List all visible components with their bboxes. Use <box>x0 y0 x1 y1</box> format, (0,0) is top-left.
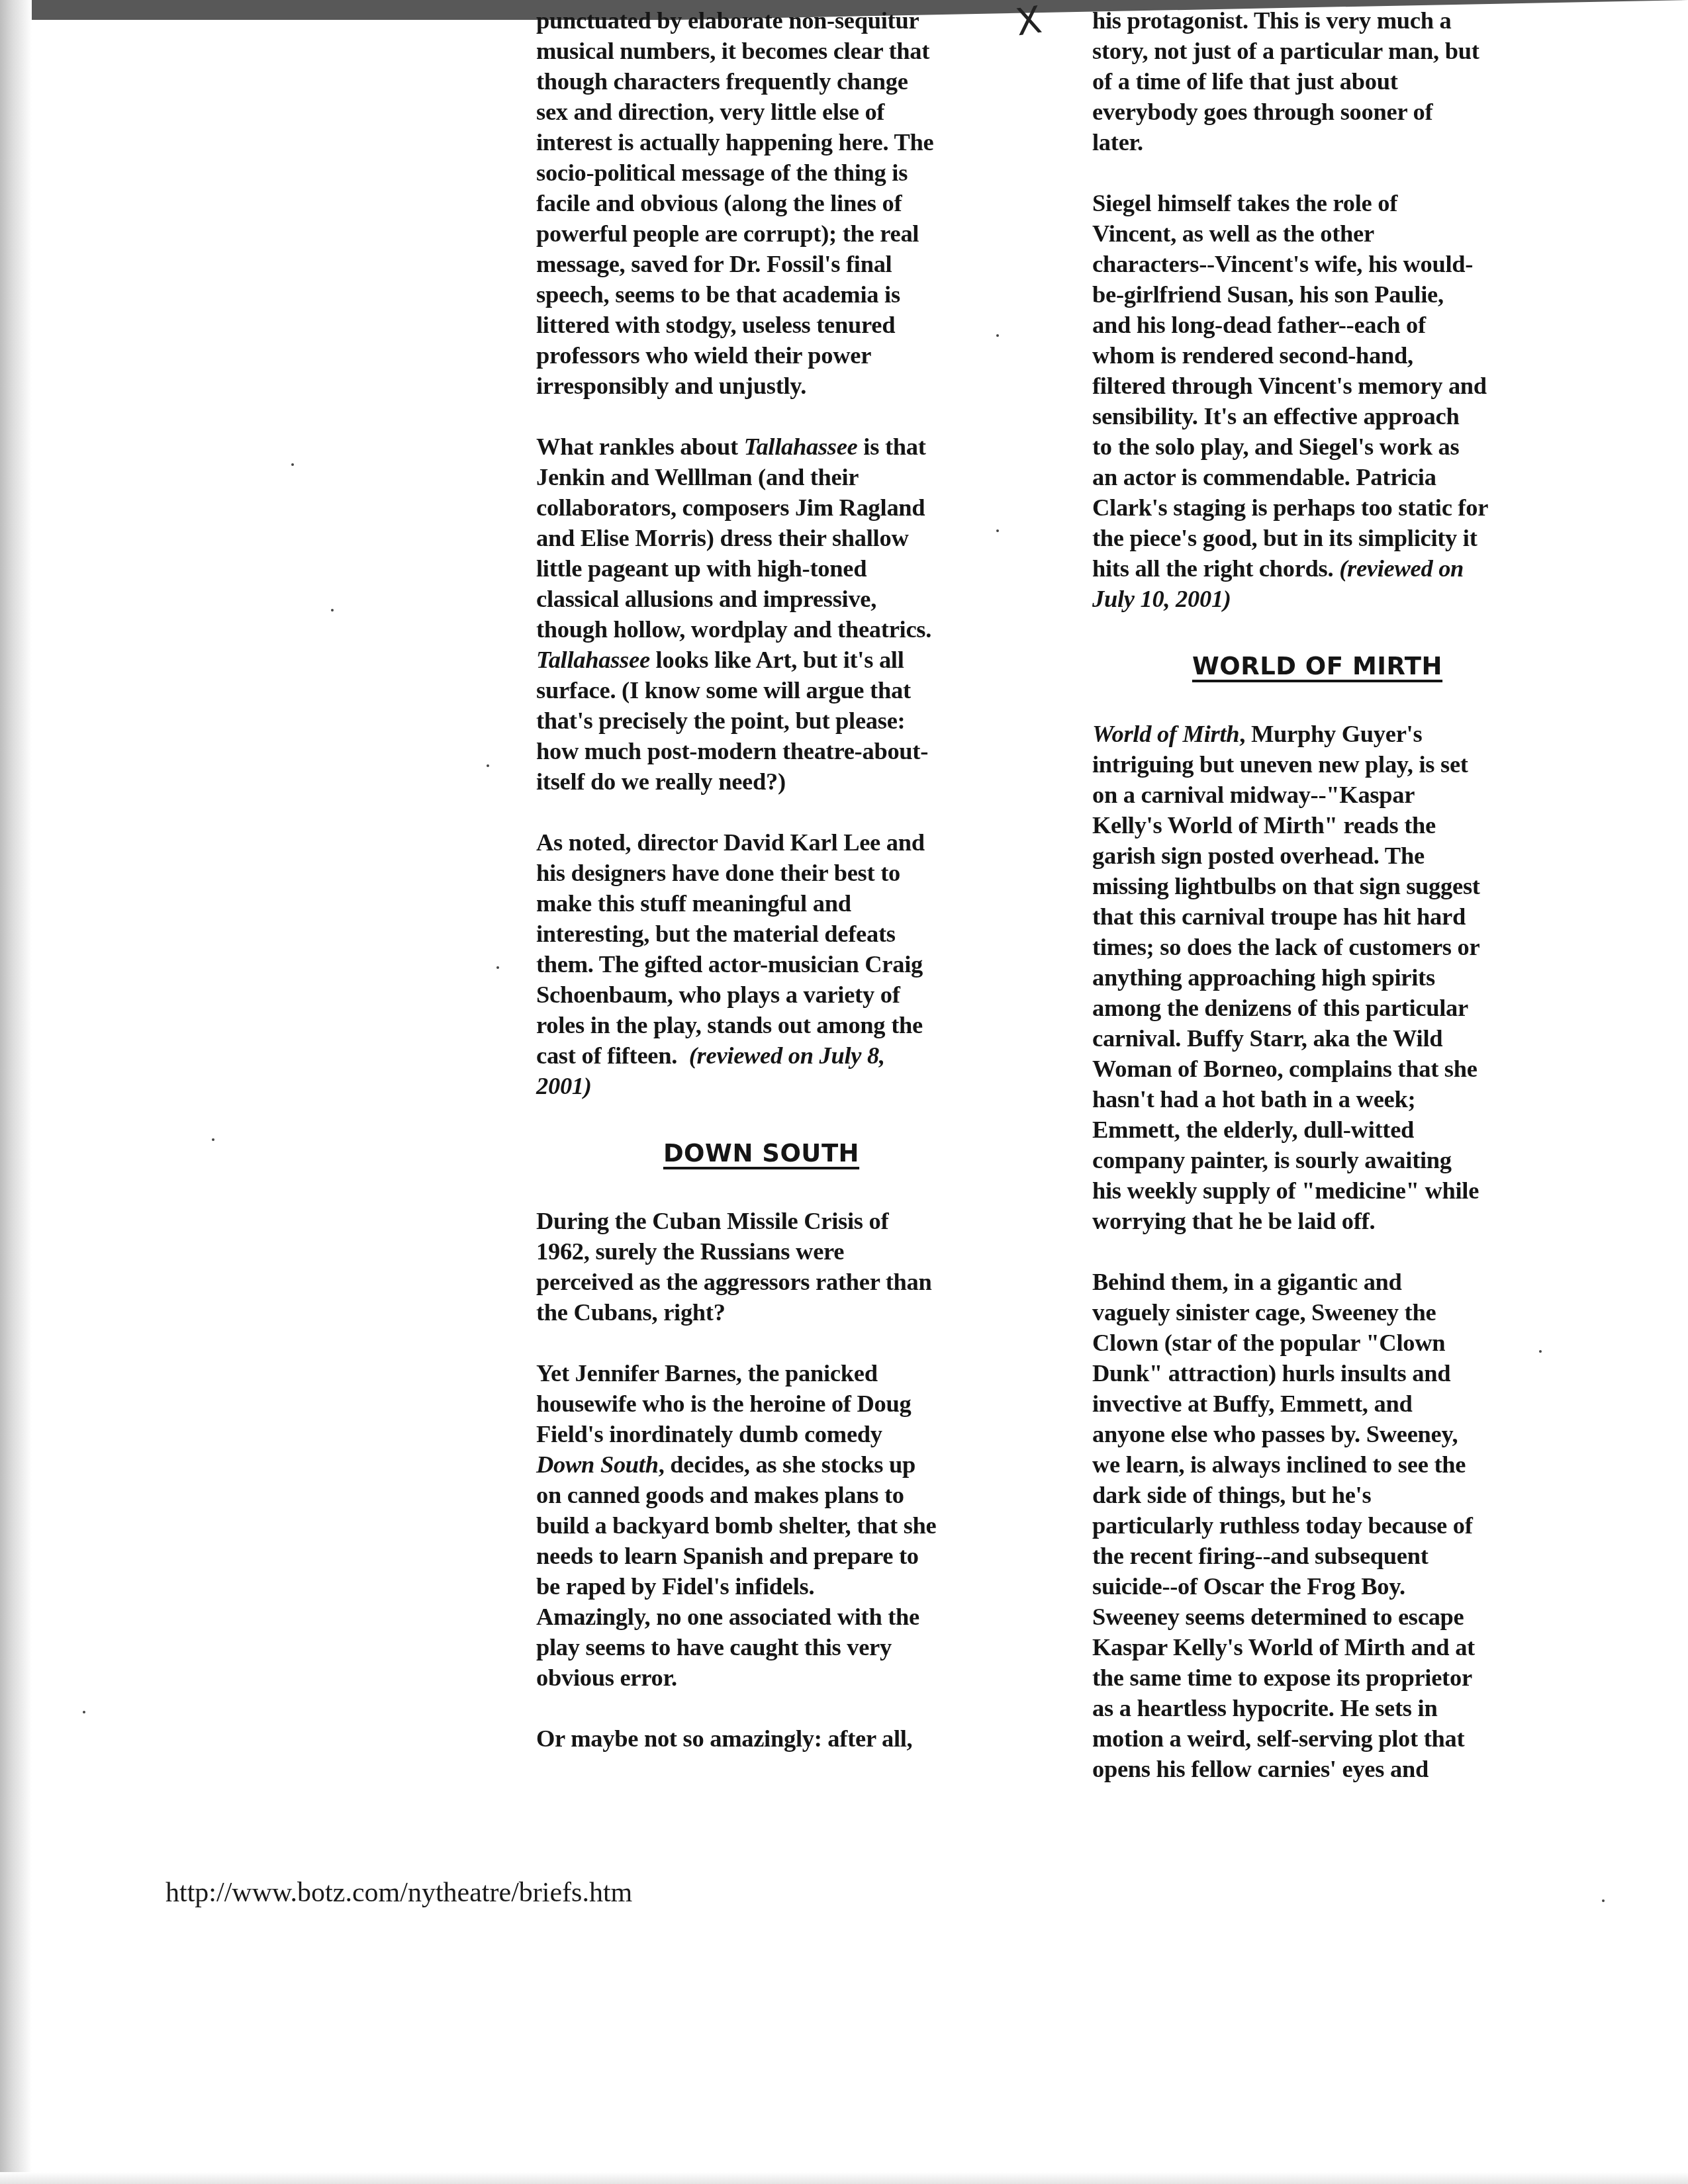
text-line: As noted, director David Karl Lee and <box>536 827 986 858</box>
text-line: and his long-dead father--each of <box>1092 310 1542 340</box>
scan-shadow-bottom <box>0 2172 1688 2184</box>
text-line: build a backyard bomb shelter, that she <box>536 1510 986 1541</box>
text-line: hits all the right chords. (reviewed on <box>1092 553 1542 584</box>
scan-speck <box>83 1711 85 1713</box>
text-line: speech, seems to be that academia is <box>536 279 986 310</box>
text-line: dark side of things, but he's <box>1092 1480 1542 1510</box>
text-line: punctuated by elaborate non-sequitur <box>536 5 986 36</box>
text-line: among the denizens of this particular <box>1092 993 1542 1023</box>
left-column: punctuated by elaborate non-sequitur mus… <box>536 5 986 1784</box>
text-line: of a time of life that just about <box>1092 66 1542 97</box>
text-line: Or maybe not so amazingly: after all, <box>536 1723 986 1754</box>
text-line: perceived as the aggressors rather than <box>536 1267 986 1297</box>
previous-review-paragraph-2: Siegel himself takes the role of Vincent… <box>1092 188 1542 614</box>
text-line: What rankles about Tallahassee is that <box>536 432 986 462</box>
text-line: Down South, decides, as she stocks up <box>536 1449 986 1480</box>
text-line: socio-political message of the thing is <box>536 158 986 188</box>
text-line: irresponsibly and unjustly. <box>536 371 986 401</box>
text-line: on a carnival midway--"Kaspar <box>1092 780 1542 810</box>
scan-speck <box>1602 1899 1605 1902</box>
scan-speck <box>291 463 294 466</box>
text-line: worrying that he be laid off. <box>1092 1206 1542 1236</box>
scan-speck <box>996 529 999 532</box>
text-line: story, not just of a particular man, but <box>1092 36 1542 66</box>
text-line: Schoenbaum, who plays a variety of <box>536 979 986 1010</box>
text-line: everybody goes through sooner of <box>1092 97 1542 127</box>
world-of-mirth-paragraph-1: World of Mirth, Murphy Guyer's intriguin… <box>1092 719 1542 1236</box>
text-line: that's precisely the point, but please: <box>536 705 986 736</box>
text-line: missing lightbulbs on that sign suggest <box>1092 871 1542 901</box>
down-south-paragraph-2: Yet Jennifer Barnes, the panicked housew… <box>536 1358 986 1693</box>
text-line: the Cubans, right? <box>536 1297 986 1328</box>
text-fragment: looks like Art, but it's all <box>650 646 904 673</box>
text-fragment: cast of fifteen. <box>536 1042 689 1069</box>
play-title-world-of-mirth: World of Mirth <box>1092 720 1239 747</box>
scan-speck <box>331 609 334 612</box>
text-line: cast of fifteen. (reviewed on July 8, <box>536 1040 986 1071</box>
text-line: Behind them, in a gigantic and <box>1092 1267 1542 1297</box>
play-title-down-south: Down South <box>536 1451 659 1478</box>
text-line: Field's inordinately dumb comedy <box>536 1419 986 1449</box>
footer-source-url: http://www.botz.com/nytheatre/briefs.htm <box>165 1877 632 1909</box>
text-line: sex and direction, very little else of <box>536 97 986 127</box>
text-line: Kelly's World of Mirth" reads the <box>1092 810 1542 841</box>
text-fragment: What rankles about <box>536 433 744 460</box>
text-line: During the Cuban Missile Crisis of <box>536 1206 986 1236</box>
text-line: suicide--of Oscar the Frog Boy. <box>1092 1571 1542 1602</box>
review-date: (reviewed on July 8, <box>689 1042 885 1069</box>
text-fragment: hits all the right chords. <box>1092 555 1339 582</box>
scan-speck <box>487 764 489 767</box>
play-title-tallahassee: Tallahassee <box>536 646 650 673</box>
text-line: Sweeney seems determined to escape <box>1092 1602 1542 1632</box>
text-line: be raped by Fidel's infidels. <box>536 1571 986 1602</box>
text-line: on canned goods and makes plans to <box>536 1480 986 1510</box>
review-date: July 10, 2001) <box>1092 584 1542 614</box>
text-line: play seems to have caught this very <box>536 1632 986 1662</box>
scan-shadow-left <box>0 0 32 2184</box>
scan-speck <box>996 334 999 337</box>
text-line: opens his fellow carnies' eyes and <box>1092 1754 1542 1784</box>
text-line: anyone else who passes by. Sweeney, <box>1092 1419 1542 1449</box>
text-line: message, saved for Dr. Fossil's final <box>536 249 986 279</box>
tallahassee-paragraph-3: As noted, director David Karl Lee and hi… <box>536 827 986 1101</box>
tallahassee-paragraph-2: What rankles about Tallahassee is that J… <box>536 432 986 797</box>
world-of-mirth-paragraph-2: Behind them, in a gigantic and vaguely s… <box>1092 1267 1542 1784</box>
text-line: to the solo play, and Siegel's work as <box>1092 432 1542 462</box>
text-line: though characters frequently change <box>536 66 986 97</box>
text-line: interest is actually happening here. The <box>536 127 986 158</box>
text-line: Clark's staging is perhaps too static fo… <box>1092 492 1542 523</box>
text-line: collaborators, composers Jim Ragland <box>536 492 986 523</box>
text-line: company painter, is sourly awaiting <box>1092 1145 1542 1175</box>
text-line: though hollow, wordplay and theatrics. <box>536 614 986 645</box>
text-line: an actor is commendable. Patricia <box>1092 462 1542 492</box>
text-line: invective at Buffy, Emmett, and <box>1092 1388 1542 1419</box>
text-line: later. <box>1092 127 1542 158</box>
scan-speck <box>1539 1350 1542 1353</box>
text-line: littered with stodgy, useless tenured <box>536 310 986 340</box>
text-line: vaguely sinister cage, Sweeney the <box>1092 1297 1542 1328</box>
text-line: professors who wield their power <box>536 340 986 371</box>
play-title-tallahassee: Tallahassee <box>744 433 858 460</box>
text-line: surface. (I know some will argue that <box>536 675 986 705</box>
text-line: we learn, is always inclined to see the <box>1092 1449 1542 1480</box>
text-line: interesting, but the material defeats <box>536 919 986 949</box>
text-line: intriguing but uneven new play, is set <box>1092 749 1542 780</box>
text-line: and Elise Morris) dress their shallow <box>536 523 986 553</box>
text-line: that this carnival troupe has hit hard <box>1092 901 1542 932</box>
text-line: filtered through Vincent's memory and <box>1092 371 1542 401</box>
text-line: Yet Jennifer Barnes, the panicked <box>536 1358 986 1388</box>
text-line: his protagonist. This is very much a <box>1092 5 1542 36</box>
text-line: be-girlfriend Susan, his son Paulie, <box>1092 279 1542 310</box>
text-line: make this stuff meaningful and <box>536 888 986 919</box>
text-line: them. The gifted actor-musician Craig <box>536 949 986 979</box>
down-south-paragraph-1: During the Cuban Missile Crisis of 1962,… <box>536 1206 986 1328</box>
text-line: Vincent, as well as the other <box>1092 218 1542 249</box>
text-line: his weekly supply of "medicine" while <box>1092 1175 1542 1206</box>
text-line: powerful people are corrupt); the real <box>536 218 986 249</box>
text-line: roles in the play, stands out among the <box>536 1010 986 1040</box>
text-line: the recent firing--and subsequent <box>1092 1541 1542 1571</box>
previous-review-paragraph-1: his protagonist. This is very much a sto… <box>1092 5 1542 158</box>
section-heading-world-of-mirth: WORLD OF MIRTH <box>1092 645 1542 682</box>
text-line: needs to learn Spanish and prepare to <box>536 1541 986 1571</box>
text-fragment: , decides, as she stocks up <box>659 1451 915 1478</box>
text-line: anything approaching high spirits <box>1092 962 1542 993</box>
text-line: Tallahassee looks like Art, but it's all <box>536 645 986 675</box>
text-fragment: , Murphy Guyer's <box>1239 720 1422 747</box>
text-line: times; so does the lack of customers or <box>1092 932 1542 962</box>
text-line: hasn't had a hot bath in a week; <box>1092 1084 1542 1115</box>
text-line: Emmett, the elderly, dull-witted <box>1092 1115 1542 1145</box>
text-line: garish sign posted overhead. The <box>1092 841 1542 871</box>
scan-speck <box>212 1138 214 1141</box>
text-line: as a heartless hypocrite. He sets in <box>1092 1693 1542 1723</box>
text-line: musical numbers, it becomes clear that <box>536 36 986 66</box>
text-line: the same time to expose its proprietor <box>1092 1662 1542 1693</box>
down-south-paragraph-3: Or maybe not so amazingly: after all, <box>536 1723 986 1754</box>
text-line: 1962, surely the Russians were <box>536 1236 986 1267</box>
review-date: 2001) <box>536 1071 986 1101</box>
text-line: Jenkin and Welllman (and their <box>536 462 986 492</box>
text-fragment: is that <box>858 433 926 460</box>
scan-speck <box>496 966 499 969</box>
text-line: motion a weird, self-serving plot that <box>1092 1723 1542 1754</box>
section-heading-down-south: DOWN SOUTH <box>536 1132 986 1169</box>
right-column: his protagonist. This is very much a sto… <box>1092 5 1542 1815</box>
review-date: (reviewed on <box>1339 555 1464 582</box>
text-line: Clown (star of the popular "Clown <box>1092 1328 1542 1358</box>
text-line: facile and obvious (along the lines of <box>536 188 986 218</box>
text-line: how much post-modern theatre-about- <box>536 736 986 766</box>
text-line: Siegel himself takes the role of <box>1092 188 1542 218</box>
text-line: whom is rendered second-hand, <box>1092 340 1542 371</box>
text-line: his designers have done their best to <box>536 858 986 888</box>
text-line: itself do we really need?) <box>536 766 986 797</box>
text-line: Amazingly, no one associated with the <box>536 1602 986 1632</box>
text-line: sensibility. It's an effective approach <box>1092 401 1542 432</box>
text-line: housewife who is the heroine of Doug <box>536 1388 986 1419</box>
text-line: Woman of Borneo, complains that she <box>1092 1054 1542 1084</box>
text-line: World of Mirth, Murphy Guyer's <box>1092 719 1542 749</box>
text-line: little pageant up with high-toned <box>536 553 986 584</box>
text-line: characters--Vincent's wife, his would- <box>1092 249 1542 279</box>
text-line: classical allusions and impressive, <box>536 584 986 614</box>
text-line: Kaspar Kelly's World of Mirth and at <box>1092 1632 1542 1662</box>
text-line: carnival. Buffy Starr, aka the Wild <box>1092 1023 1542 1054</box>
text-line: obvious error. <box>536 1662 986 1693</box>
text-line: Dunk" attraction) hurls insults and <box>1092 1358 1542 1388</box>
text-line: the piece's good, but in its simplicity … <box>1092 523 1542 553</box>
text-line: particularly ruthless today because of <box>1092 1510 1542 1541</box>
tallahassee-paragraph-1: punctuated by elaborate non-sequitur mus… <box>536 5 986 401</box>
